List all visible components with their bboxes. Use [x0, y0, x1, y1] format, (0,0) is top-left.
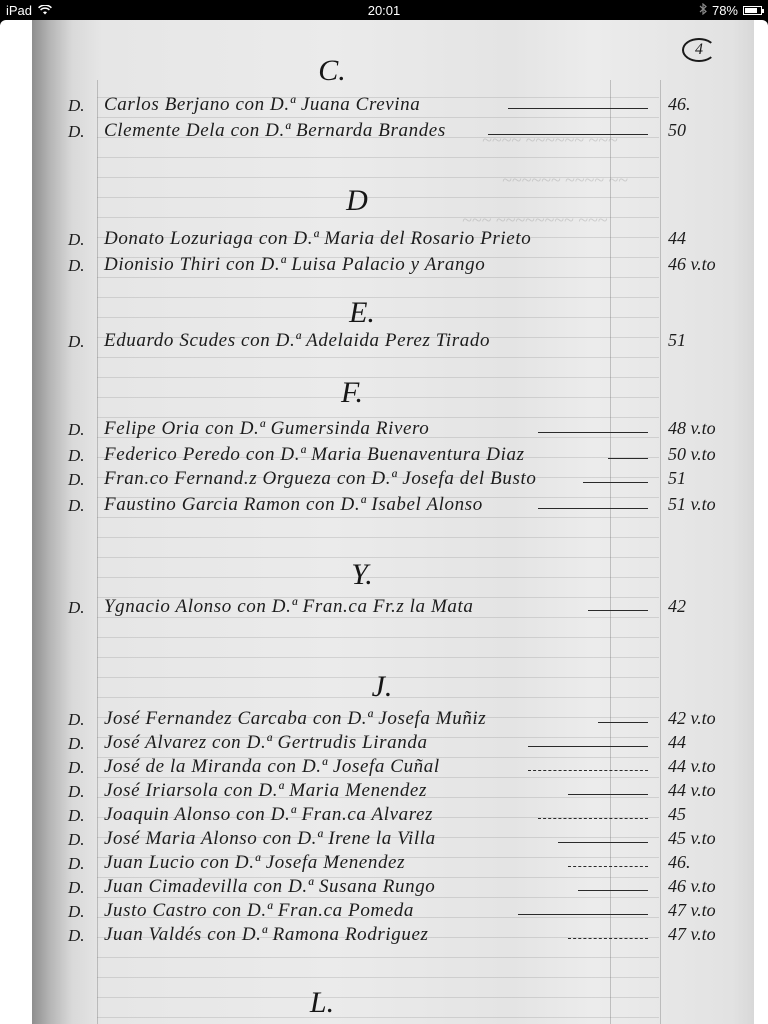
ledger-entry: D. Juan Valdés con D.ª Ramona Rodriguez …	[68, 924, 698, 948]
ledger-entry: D. Faustino Garcia Ramon con D.ª Isabel …	[68, 494, 698, 518]
ledger-entry: D. Joaquin Alonso con D.ª Fran.ca Alvare…	[68, 804, 698, 828]
wifi-icon	[38, 3, 52, 18]
ledger-entry: D. Fran.co Fernand.z Orgueza con D.ª Jos…	[68, 468, 698, 492]
ledger-entry: D. Juan Cimadevilla con D.ª Susana Rungo…	[68, 876, 698, 900]
ledger-entry: D. Juan Lucio con D.ª Josefa Menendez 46…	[68, 852, 698, 876]
section-letter-e: E.	[349, 296, 375, 330]
section-letter-y: Y.	[351, 558, 372, 592]
ledger-entry: D. José Maria Alonso con D.ª Irene la Vi…	[68, 828, 698, 852]
ledger-entry: D. Ygnacio Alonso con D.ª Fran.ca Fr.z l…	[68, 596, 698, 620]
section-letter-c: C.	[318, 54, 346, 88]
bluetooth-icon	[699, 3, 707, 18]
ledger-entry: D. Clemente Dela con D.ª Bernarda Brande…	[68, 120, 698, 144]
section-letter-j: J.	[372, 670, 393, 704]
status-bar: iPad 20:01 78%	[0, 0, 768, 20]
ledger-entry: D. Eduardo Scudes con D.ª Adelaida Perez…	[68, 330, 698, 354]
ledger-entry: D. Carlos Berjano con D.ª Juana Crevina …	[68, 94, 698, 118]
ledger-entry: D. José Iriarsola con D.ª Maria Menendez…	[68, 780, 698, 804]
ledger-entry: D. Justo Castro con D.ª Fran.ca Pomeda 4…	[68, 900, 698, 924]
photo-viewer[interactable]: ~~~~ ~~~~~~ ~~~ ~~~~~~ ~~~~ ~~ ~~~ ~~~~~…	[0, 20, 768, 1024]
scanned-ledger-page[interactable]: ~~~~ ~~~~~~ ~~~ ~~~~~~ ~~~~ ~~ ~~~ ~~~~~…	[32, 20, 754, 1024]
page-number: 4	[682, 38, 716, 62]
device-name: iPad	[6, 3, 32, 18]
ledger-entry: D. Felipe Oria con D.ª Gumersinda Rivero…	[68, 418, 698, 442]
battery-percent: 78%	[712, 3, 738, 18]
ledger-entry: D. José Fernandez Carcaba con D.ª Josefa…	[68, 708, 698, 732]
ledger-entry: D. Dionisio Thiri con D.ª Luisa Palacio …	[68, 254, 698, 278]
section-letter-l: L.	[310, 986, 334, 1020]
ledger-entry: D. José de la Miranda con D.ª Josefa Cuñ…	[68, 756, 698, 780]
ledger-entry: D. José Alvarez con D.ª Gertrudis Lirand…	[68, 732, 698, 756]
section-letter-f: F.	[341, 376, 363, 410]
ledger-entry: D. Federico Peredo con D.ª Maria Buenave…	[68, 444, 698, 468]
section-letter-d: D	[346, 184, 368, 218]
ledger-entry: D. Donato Lozuriaga con D.ª Maria del Ro…	[68, 228, 698, 252]
battery-icon	[743, 6, 762, 15]
clock: 20:01	[0, 3, 768, 18]
bleed-through: ~~~~~~ ~~~~ ~~	[502, 170, 628, 191]
